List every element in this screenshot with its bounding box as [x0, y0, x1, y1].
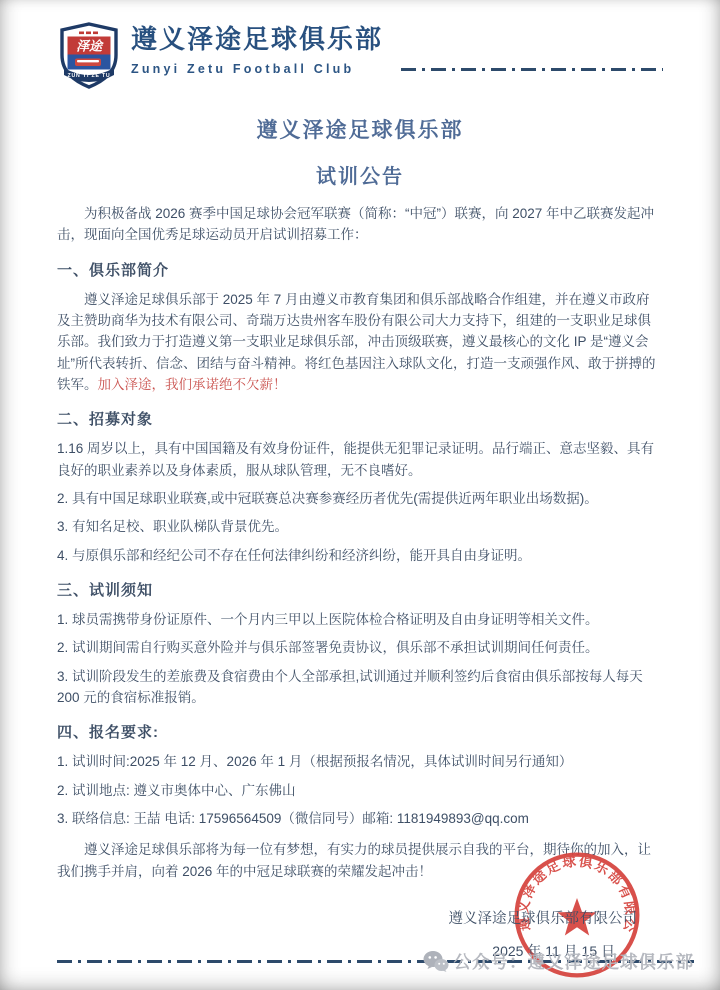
section-1: 一、俱乐部简介遵义泽途足球俱乐部于 2025 年 7 月由遵义市教育集团和俱乐部…: [57, 259, 663, 396]
section-item: 3. 有知名足校、职业队梯队背景优先。: [57, 516, 663, 537]
section-item: 1. 球员需携带身份证原件、一个月内三甲以上医院体检合格证明及自由身证明等相关文…: [57, 609, 663, 630]
wechat-icon: [423, 950, 449, 973]
section-item: 3. 联络信息: 王喆 电话: 17596564509（微信同号）邮箱: 118…: [57, 808, 663, 829]
signature-company: 遵义泽途足球俱乐部有限公司: [57, 889, 637, 928]
section-4: 四、报名要求:1. 试训时间:2025 年 12 月、2026 年 1 月（根据…: [57, 721, 663, 829]
club-name-block: 遵义泽途足球俱乐部 Zunyi Zetu Football Club: [131, 20, 383, 76]
section-item: 1. 试训时间:2025 年 12 月、2026 年 1 月（根据预报名情况，具…: [57, 751, 663, 772]
badge-script-text: 泽途: [76, 39, 104, 54]
section-item: 4. 与原俱乐部和经纪公司不存在任何法律纠纷和经济纠纷，能开具自由身证明。: [57, 545, 663, 566]
section-heading: 三、试训须知: [57, 579, 663, 600]
club-name-english: Zunyi Zetu Football Club: [131, 62, 383, 76]
highlight-text: 加入泽途，我们承诺绝不欠薪！: [98, 377, 287, 392]
section-item: 2. 试训期间需自行购买意外险并与俱乐部签署免责协议，俱乐部不承担试训期间任何责…: [57, 637, 663, 658]
document-page: 泽途 ZUN YI ZE TU 遵义泽途足球俱乐部 Zunyi Zetu Foo…: [0, 0, 720, 990]
section-paragraph: 遵义泽途足球俱乐部于 2025 年 7 月由遵义市教育集团和俱乐部战略合作组建，…: [57, 289, 663, 396]
section-item: 2. 具有中国足球职业联赛,或中冠联赛总决赛参赛经历者优先(需提供近两年职业出场…: [57, 488, 663, 509]
section-item: 2. 试训地点: 遵义市奥体中心、广东佛山: [57, 780, 663, 801]
section-heading: 一、俱乐部简介: [57, 259, 663, 280]
document-subtitle: 试训公告: [57, 160, 663, 189]
letterhead: 泽途 ZUN YI ZE TU 遵义泽途足球俱乐部 Zunyi Zetu Foo…: [57, 20, 663, 90]
section-item: 1.16 周岁以上，具有中国国籍及有效身份证件，能提供无犯罪记录证明。品行端正、…: [57, 438, 663, 481]
badge-ribbon-text: ZUN YI ZE TU: [68, 73, 111, 79]
club-name-chinese: 遵义泽途足球俱乐部: [131, 24, 383, 55]
section-heading: 四、报名要求:: [57, 721, 663, 742]
header-divider-line: [401, 68, 663, 71]
section-heading: 二、招募对象: [57, 408, 663, 429]
section-item: 3. 试训阶段发生的差旅费及食宿费由个人全部承担,试训通过并顺利签约后食宿由俱乐…: [57, 666, 663, 709]
section-3: 三、试训须知1. 球员需携带身份证原件、一个月内三甲以上医院体检合格证明及自由身…: [57, 579, 663, 708]
intro-paragraph: 为积极备战 2026 赛季中国足球协会冠军联赛（简称：“中冠”）联赛，向 202…: [57, 203, 663, 246]
sections-container: 一、俱乐部简介遵义泽途足球俱乐部于 2025 年 7 月由遵义市教育集团和俱乐部…: [57, 259, 663, 830]
document-title: 遵义泽途足球俱乐部: [57, 114, 663, 144]
section-2: 二、招募对象1.16 周岁以上，具有中国国籍及有效身份证件，能提供无犯罪记录证明…: [57, 408, 663, 566]
wechat-watermark: 公众号：遵义泽途足球俱乐部: [423, 949, 695, 974]
club-badge-logo: 泽途 ZUN YI ZE TU: [57, 22, 121, 90]
watermark-text: 公众号：遵义泽途足球俱乐部: [454, 949, 695, 974]
